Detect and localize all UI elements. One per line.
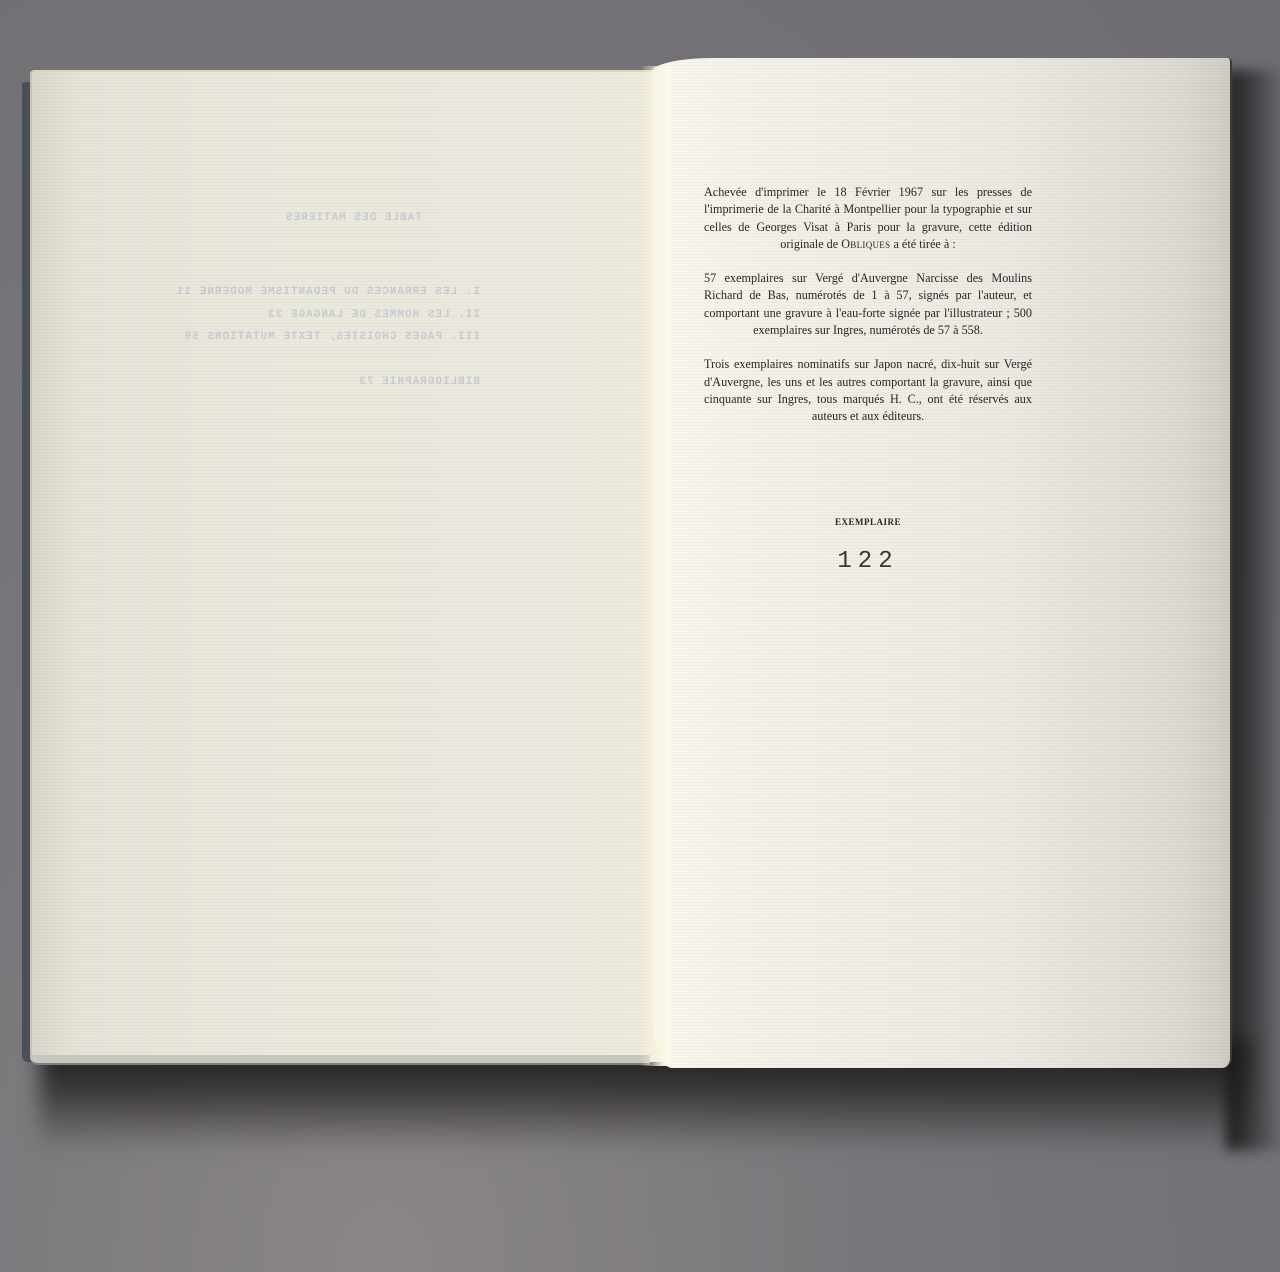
colophon-paragraph-edition: 57 exemplaires sur Vergé d'Auvergne Narc… — [704, 270, 1032, 339]
left-page-stack-edge — [30, 1055, 650, 1065]
row-text: LES HOMMES DE LANGAGE — [290, 309, 450, 321]
book-title: Obliques — [841, 237, 890, 251]
show-through-row: BIBLIOGRAPHIE 73 — [200, 376, 480, 388]
row-num: I. — [465, 286, 480, 298]
show-through-row: I. LES ERRANCES DU PEDANTISME MODERNE 11 — [200, 286, 480, 298]
show-through-row: II. LES HOMMES DE LANGAGE 33 — [200, 309, 480, 321]
row-text: BIBLIOGRAPHIE — [381, 376, 480, 388]
book-gutter — [640, 66, 670, 1066]
row-page: 33 — [267, 309, 282, 321]
exemplaire-number: 122 — [704, 548, 1032, 575]
exemplaire-label: EXEMPLAIRE — [704, 517, 1032, 527]
row-page: 11 — [176, 286, 191, 298]
colophon-paragraph-printing: Achevée d'imprimer le 18 Février 1967 su… — [704, 184, 1032, 253]
show-through-row: III. PAGES CHOISIES, TEXTE MUTATIONS 59 — [200, 331, 480, 343]
row-page: 59 — [184, 331, 199, 343]
row-text: LES ERRANCES DU PEDANTISME MODERNE — [199, 286, 457, 298]
book-shadow-right — [1226, 70, 1280, 1150]
row-page: 73 — [358, 376, 373, 388]
row-num: III. — [450, 331, 480, 343]
row-text: PAGES CHOISIES, TEXTE MUTATIONS — [206, 331, 442, 343]
book-photo: TABLE DES MATIERES I. LES ERRANCES DU PE… — [0, 0, 1280, 1272]
show-through-title: TABLE DES MATIERES — [285, 212, 422, 224]
left-page-show-through-text: TABLE DES MATIERES I. LES ERRANCES DU PE… — [190, 198, 490, 408]
colophon-paragraph-reserved: Trois exemplaires nominatifs sur Japon n… — [704, 356, 1032, 425]
printing-text-end: a été tirée à : — [890, 237, 955, 251]
colophon-text: Achevée d'imprimer le 18 Février 1967 su… — [704, 184, 1032, 443]
row-num: II. — [457, 309, 480, 321]
